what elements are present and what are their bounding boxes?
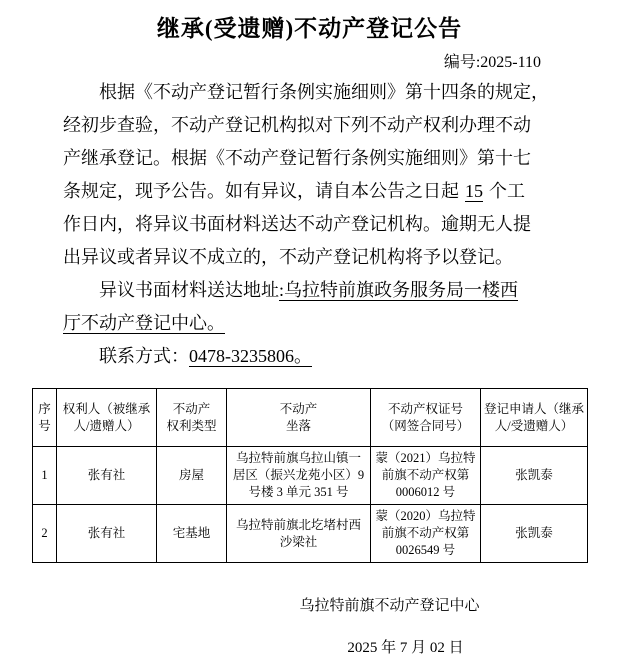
cell-applicant: 张凯泰 — [481, 447, 588, 505]
cell-certificate-number: 蒙（2021）乌拉特前旗不动产权第 0006012 号 — [371, 447, 481, 505]
cell-certificate-number: 蒙（2020）乌拉特前旗不动产权第 0026549 号 — [371, 505, 481, 563]
paragraph-regulation: 根据《不动产登记暂行条例实施细则》第十四条的规定， 经初步查验，不动产登记机构拟… — [63, 76, 555, 274]
contact-phone-underlined: 0478-3235806。 — [189, 346, 312, 366]
table-row: 1 张有社 房屋 乌拉特前旗乌拉山镇一居区（振兴龙苑小区）9 号楼 3 单元 3… — [33, 447, 588, 505]
cell-property-right-type: 房屋 — [157, 447, 227, 505]
header-certificate-number: 不动产权证号 （网签合同号） — [371, 389, 481, 447]
contact-label: 联系方式： — [99, 346, 189, 366]
doc-number: 编号:2025-110 — [32, 49, 587, 72]
body-text: 根据《不动产登记暂行条例实施细则》第十四条的规定， 经初步查验，不动产登记机构拟… — [63, 76, 555, 373]
document-content: 继承(受遗赠)不动产登记公告 编号:2025-110 根据《不动产登记暂行条例实… — [0, 0, 619, 657]
footer-organization: 乌拉特前旗不动产登记中心 — [112, 594, 619, 615]
cell-property-location: 乌拉特前旗北圪堵村西沙梁社 — [227, 505, 371, 563]
header-serial-number: 序 号 — [33, 389, 57, 447]
objection-address-label: 异议书面材料送达地址 — [99, 280, 279, 300]
cell-property-location: 乌拉特前旗乌拉山镇一居区（振兴龙苑小区）9 号楼 3 单元 351 号 — [227, 447, 371, 505]
footer-date: 2025 年 7 月 02 日 — [128, 636, 619, 657]
cell-serial-number: 2 — [33, 505, 57, 563]
announcement-document: 继承(受遗赠)不动产登记公告 编号:2025-110 根据《不动产登记暂行条例实… — [0, 0, 619, 663]
cell-rights-holder: 张有社 — [57, 447, 157, 505]
header-applicant: 登记申请人（继承 人/受遗赠人） — [481, 389, 588, 447]
paragraph-contact: 联系方式：0478-3235806。 — [63, 340, 555, 373]
table-row: 2 张有社 宅基地 乌拉特前旗北圪堵村西沙梁社 蒙（2020）乌拉特前旗不动产权… — [33, 505, 588, 563]
cell-applicant: 张凯泰 — [481, 505, 588, 563]
cell-rights-holder: 张有社 — [57, 505, 157, 563]
paragraph-objection-address: 异议书面材料送达地址:乌拉特前旗政务服务局一楼西 厅不动产登记中心。 — [63, 274, 555, 340]
header-rights-holder: 权利人（被继承 人/遗赠人） — [57, 389, 157, 447]
announcement-table: 序 号 权利人（被继承 人/遗赠人） 不动产 权利类型 不动产 坐落 不动产权证… — [32, 388, 588, 563]
page-title: 继承(受遗赠)不动产登记公告 — [32, 10, 587, 43]
header-property-right-type: 不动产 权利类型 — [157, 389, 227, 447]
cell-property-right-type: 宅基地 — [157, 505, 227, 563]
header-property-location: 不动产 坐落 — [227, 389, 371, 447]
cell-serial-number: 1 — [33, 447, 57, 505]
objection-days-underlined: 15 — [464, 181, 484, 201]
table-header-row: 序 号 权利人（被继承 人/遗赠人） 不动产 权利类型 不动产 坐落 不动产权证… — [33, 389, 588, 447]
